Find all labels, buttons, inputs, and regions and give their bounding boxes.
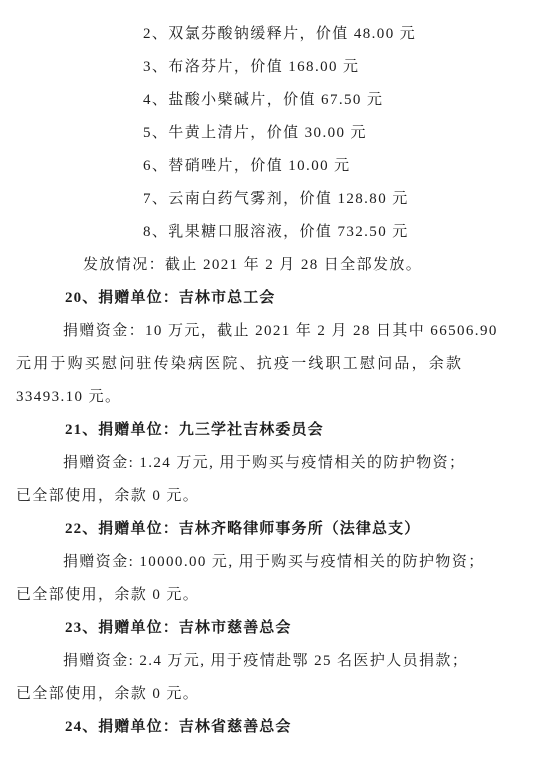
- paragraph-continuation-line: 已全部使用，余款 0 元。: [16, 480, 533, 513]
- med-item-line: 2、双氯芬酸钠缓释片，价值 48.00 元: [143, 18, 533, 51]
- donation-funds-line: 捐赠资金：10 万元，截止 2021 年 2 月 28 日其中 66506.90: [63, 315, 533, 348]
- med-item-line: 4、盐酸小檗碱片，价值 67.50 元: [143, 84, 533, 117]
- med-item-line: 3、布洛芬片，价值 168.00 元: [143, 51, 533, 84]
- donor-heading-23: 23、捐赠单位：吉林市慈善总会: [65, 612, 533, 645]
- paragraph-continuation-line: 已全部使用，余款 0 元。: [16, 678, 533, 711]
- document-page: 2、双氯芬酸钠缓释片，价值 48.00 元 3、布洛芬片，价值 168.00 元…: [0, 0, 533, 758]
- paragraph-continuation-line: 已全部使用，余款 0 元。: [16, 579, 533, 612]
- donation-funds-line: 捐赠资金: 10000.00 元, 用于购买与疫情相关的防护物资；: [63, 546, 533, 579]
- donor-heading-24: 24、捐赠单位：吉林省慈善总会: [65, 711, 533, 744]
- donor-heading-22: 22、捐赠单位：吉林齐略律师事务所（法律总支）: [65, 513, 533, 546]
- med-item-line: 5、牛黄上清片，价值 30.00 元: [143, 117, 533, 150]
- distribution-status-line: 发放情况：截止 2021 年 2 月 28 日全部发放。: [83, 249, 533, 282]
- med-item-line: 8、乳果糖口服溶液，价值 732.50 元: [143, 216, 533, 249]
- med-item-line: 7、云南白药气雾剂，价值 128.80 元: [143, 183, 533, 216]
- donor-heading-20: 20、捐赠单位：吉林市总工会: [65, 282, 533, 315]
- donation-funds-line: 捐赠资金: 1.24 万元, 用于购买与疫情相关的防护物资；: [63, 447, 533, 480]
- donation-funds-line: 捐赠资金: 2.4 万元, 用于疫情赴鄂 25 名医护人员捐款；: [63, 645, 533, 678]
- paragraph-continuation-line: 33493.10 元。: [16, 381, 533, 414]
- med-item-line: 6、替硝唑片，价值 10.00 元: [143, 150, 533, 183]
- paragraph-continuation-line: 元用于购买慰问驻传染病医院、抗疫一线职工慰问品，余款: [16, 348, 533, 381]
- donor-heading-21: 21、捐赠单位：九三学社吉林委员会: [65, 414, 533, 447]
